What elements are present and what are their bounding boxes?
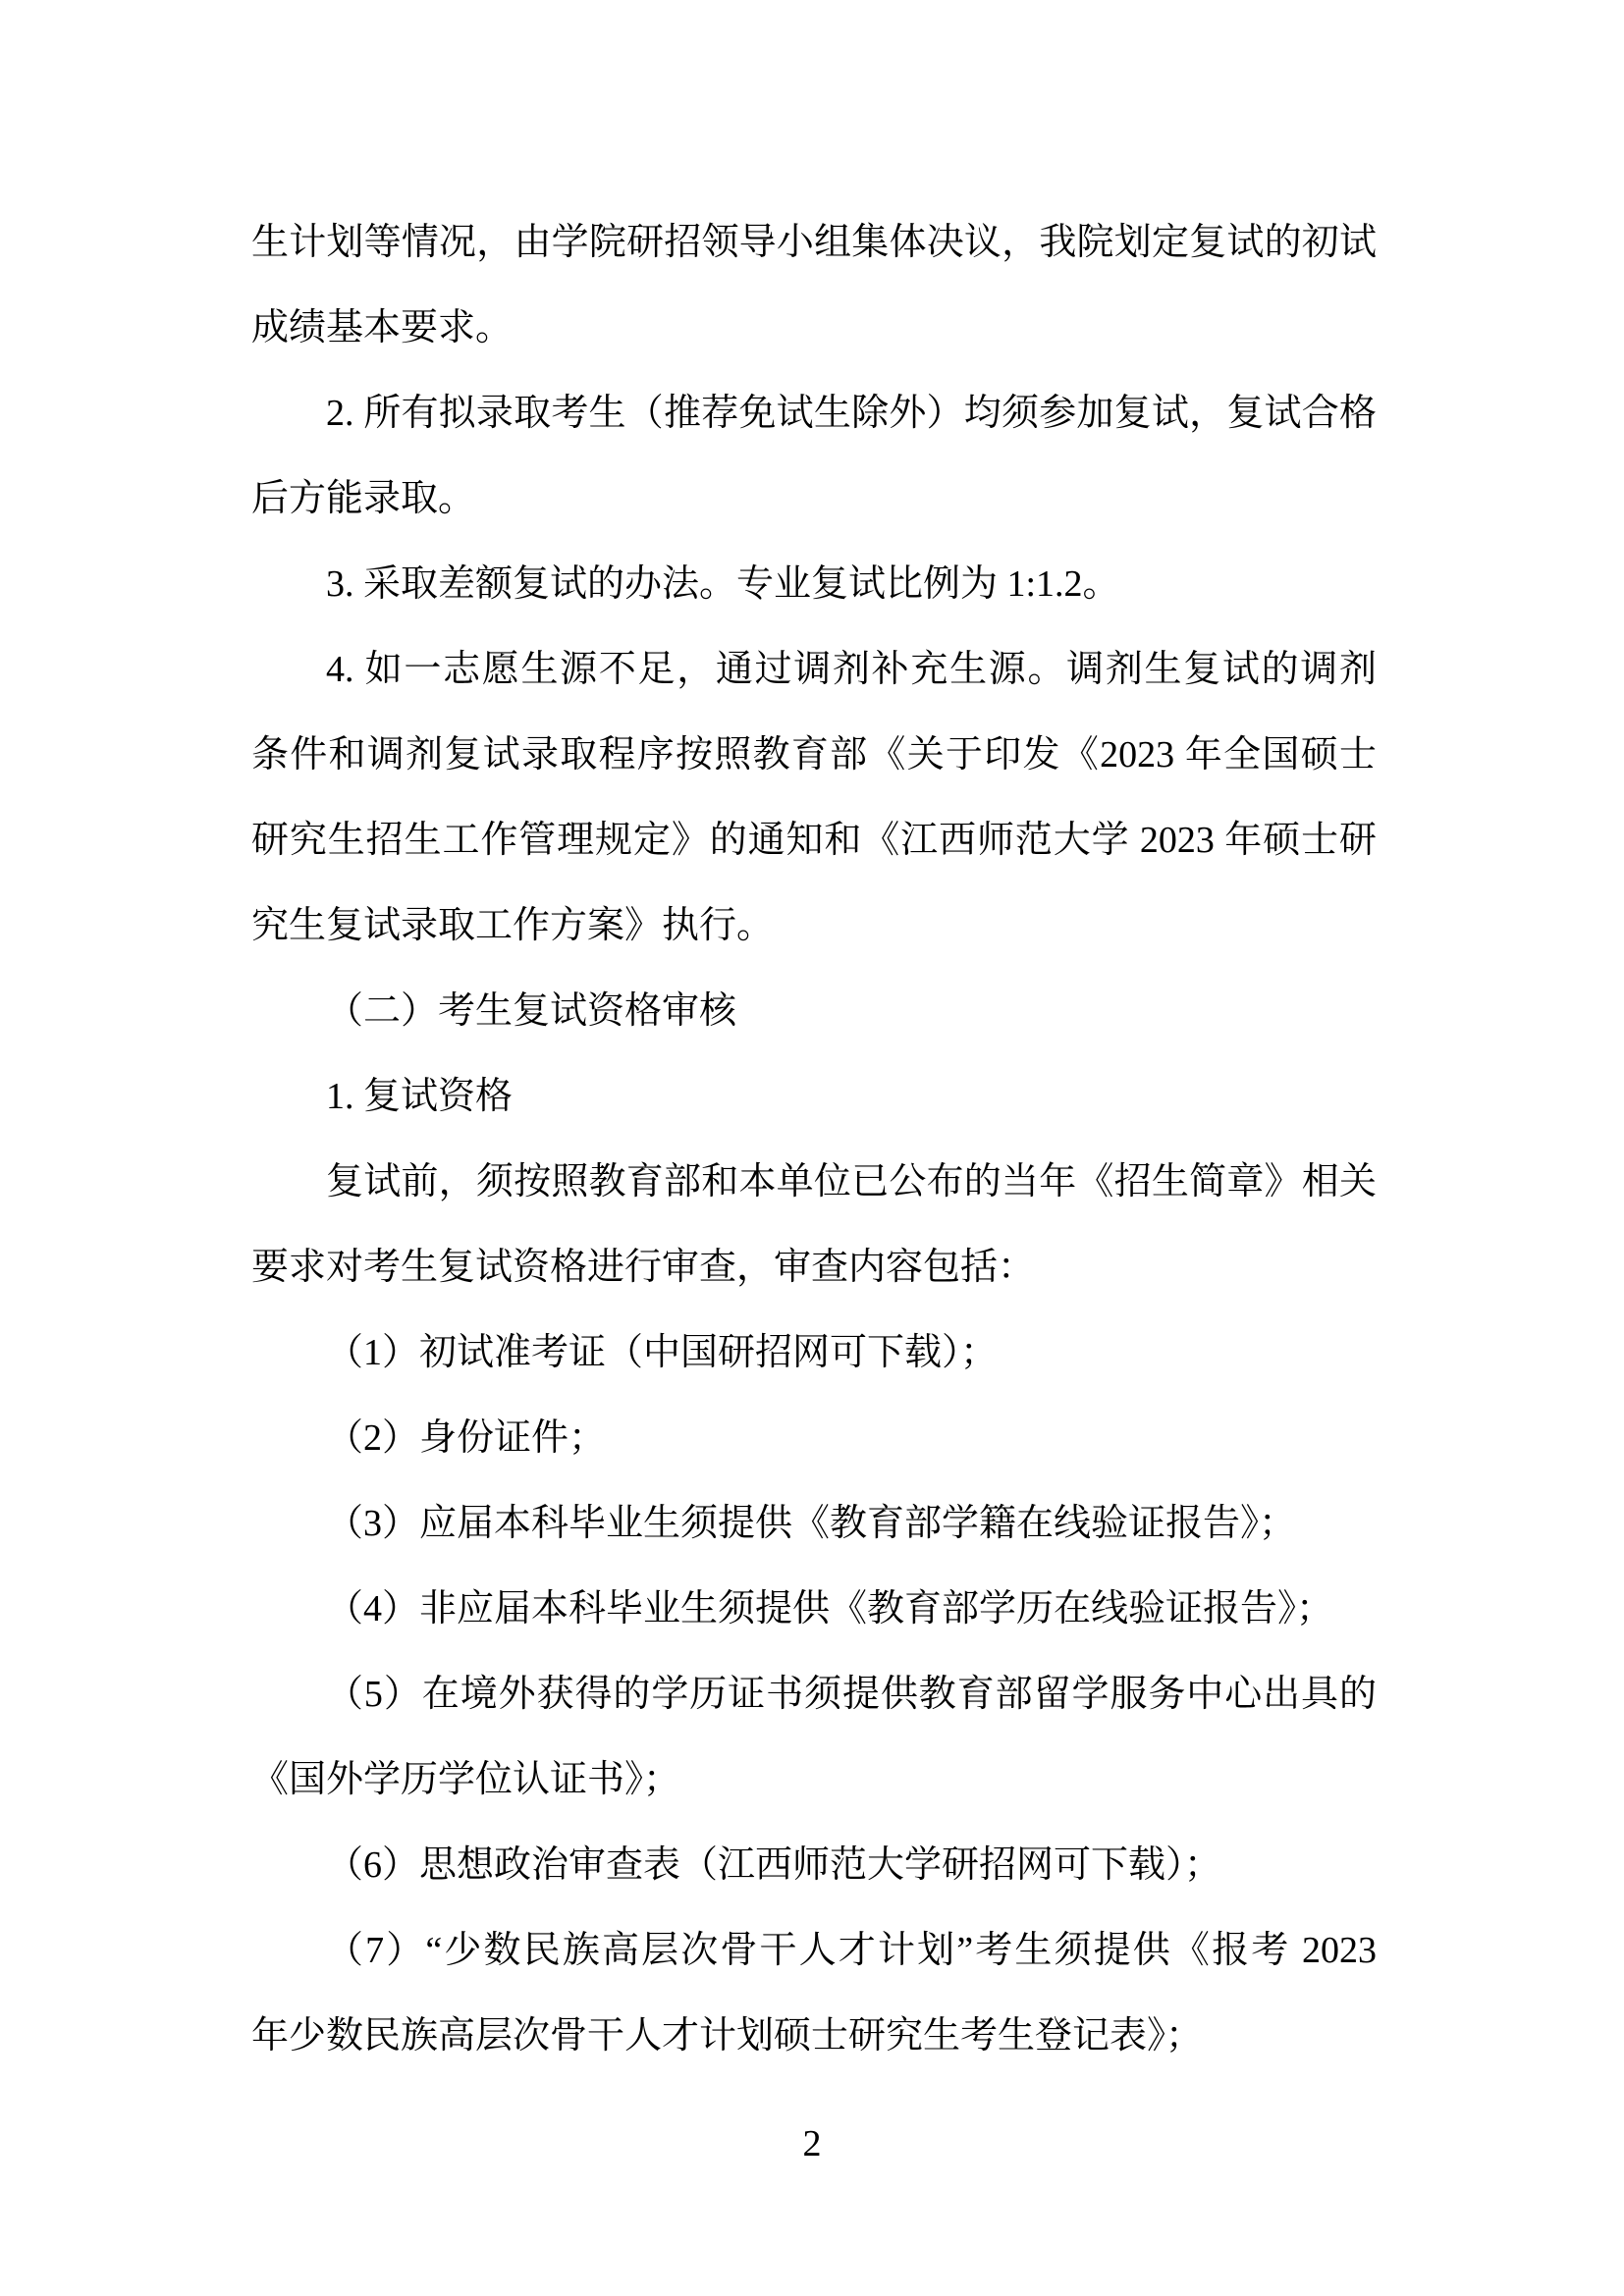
text-line: 要求对考生复试资格进行审查，审查内容包括： xyxy=(251,1225,1377,1310)
text-line: （1）初试准考证（中国研招网可下载）； xyxy=(251,1310,1377,1396)
text-line: 3. 采取差额复试的办法。专业复试比例为 1:1.2。 xyxy=(251,542,1377,627)
text-line: （5）在境外获得的学历证书须提供教育部留学服务中心出具的 xyxy=(251,1652,1377,1737)
text-line: 《国外学历学位认证书》； xyxy=(251,1737,1377,1823)
text-line: 复试前，须按照教育部和本单位已公布的当年《招生简章》相关 xyxy=(251,1140,1377,1225)
text-line: 研究生招生工作管理规定》的通知和《江西师范大学 2023 年硕士研 xyxy=(251,798,1377,883)
text-line: （7）“少数民族高层次骨干人才计划”考生须提供《报考 2023 xyxy=(251,1908,1377,1994)
text-line: （2）身份证件； xyxy=(251,1396,1377,1481)
page-number: 2 xyxy=(0,2102,1624,2187)
text-line: 后方能录取。 xyxy=(251,456,1377,542)
text-line: 1. 复试资格 xyxy=(251,1054,1377,1140)
text-line: 年少数民族高层次骨干人才计划硕士研究生考生登记表》； xyxy=(251,1994,1377,2079)
text-line: 生计划等情况，由学院研招领导小组集体决议，我院划定复试的初试 xyxy=(251,200,1377,286)
text-line: 究生复试录取工作方案》执行。 xyxy=(251,883,1377,969)
text-line: （3）应届本科毕业生须提供《教育部学籍在线验证报告》； xyxy=(251,1481,1377,1567)
text-line: 4. 如一志愿生源不足，通过调剂补充生源。调剂生复试的调剂 xyxy=(251,627,1377,713)
text-line: 条件和调剂复试录取程序按照教育部《关于印发《2023 年全国硕士 xyxy=(251,713,1377,798)
text-line: （6）思想政治审查表（江西师范大学研招网可下载）； xyxy=(251,1823,1377,1908)
document-page: 生计划等情况，由学院研招领导小组集体决议，我院划定复试的初试 成绩基本要求。 2… xyxy=(0,0,1624,2296)
text-line: 2. 所有拟录取考生（推荐免试生除外）均须参加复试，复试合格 xyxy=(251,371,1377,456)
document-body: 生计划等情况，由学院研招领导小组集体决议，我院划定复试的初试 成绩基本要求。 2… xyxy=(251,200,1377,2079)
text-line: （4）非应届本科毕业生须提供《教育部学历在线验证报告》； xyxy=(251,1567,1377,1652)
text-line: （二）考生复试资格审核 xyxy=(251,969,1377,1054)
text-line: 成绩基本要求。 xyxy=(251,286,1377,371)
